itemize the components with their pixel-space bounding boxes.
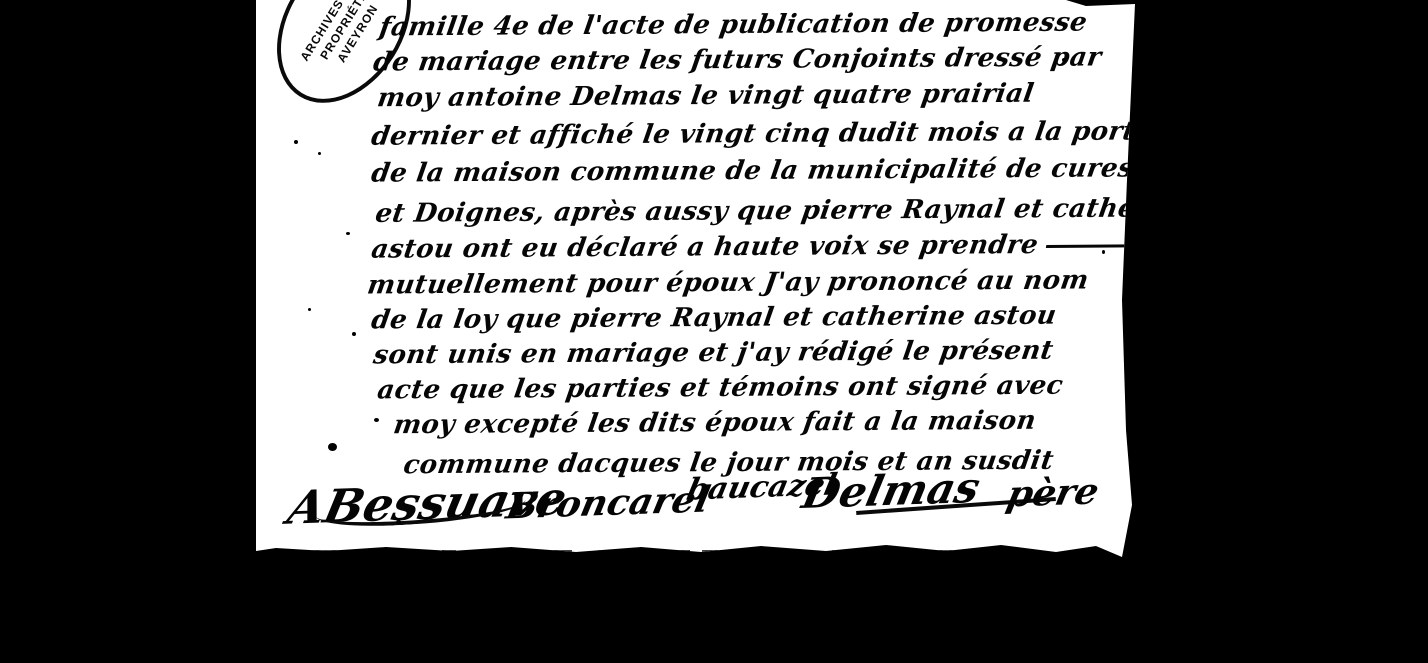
manuscript-line: moy antoine Delmas le vingt quatre prair…	[375, 79, 1036, 114]
manuscript-line: famille 4e de l'acte de publication de p…	[377, 8, 1089, 43]
ink-speck	[318, 152, 321, 155]
signature-2: Broncarel	[503, 479, 714, 528]
manuscript-line: mutuellement pour époux J'ay prononcé au…	[365, 265, 1090, 300]
manuscript-line: astou ont eu déclaré a haute voix se pre…	[369, 229, 1138, 264]
ink-speck	[1102, 250, 1105, 254]
scan-background: ARCHIVES DÉP PROPRIÉTÉ AVEYRON famille 4…	[0, 0, 1428, 663]
manuscript-line: de la loy que pierre Raynal et catherine…	[369, 301, 1058, 336]
ink-speck	[1062, 58, 1066, 62]
torn-edge-noise	[286, 550, 1046, 554]
manuscript-line: de mariage entre les futurs Conjoints dr…	[371, 42, 1103, 77]
ink-speck	[352, 332, 356, 336]
ink-speck	[346, 232, 350, 235]
manuscript-line: acte que les parties et témoins ont sign…	[375, 371, 1065, 406]
manuscript-line: sont unis en mariage et j'ay rédigé le p…	[371, 336, 1055, 371]
ink-speck	[294, 140, 298, 144]
ink-speck	[374, 418, 379, 422]
manuscript-line: moy excepté les dits époux fait a la mai…	[391, 406, 1038, 440]
ink-speck	[328, 443, 337, 451]
manuscript-line: et Doignes, après aussy que pierre Rayna…	[373, 193, 1198, 229]
manuscript-page: ARCHIVES DÉP PROPRIÉTÉ AVEYRON famille 4…	[256, 0, 1136, 558]
ink-speck	[308, 308, 311, 311]
ink-speck	[396, 520, 401, 524]
manuscript-line: de la maison commune de la municipalité …	[369, 153, 1135, 188]
signature-5: père	[1003, 470, 1103, 515]
manuscript-line: dernier et affiché le vingt cinq dudit m…	[369, 116, 1154, 151]
